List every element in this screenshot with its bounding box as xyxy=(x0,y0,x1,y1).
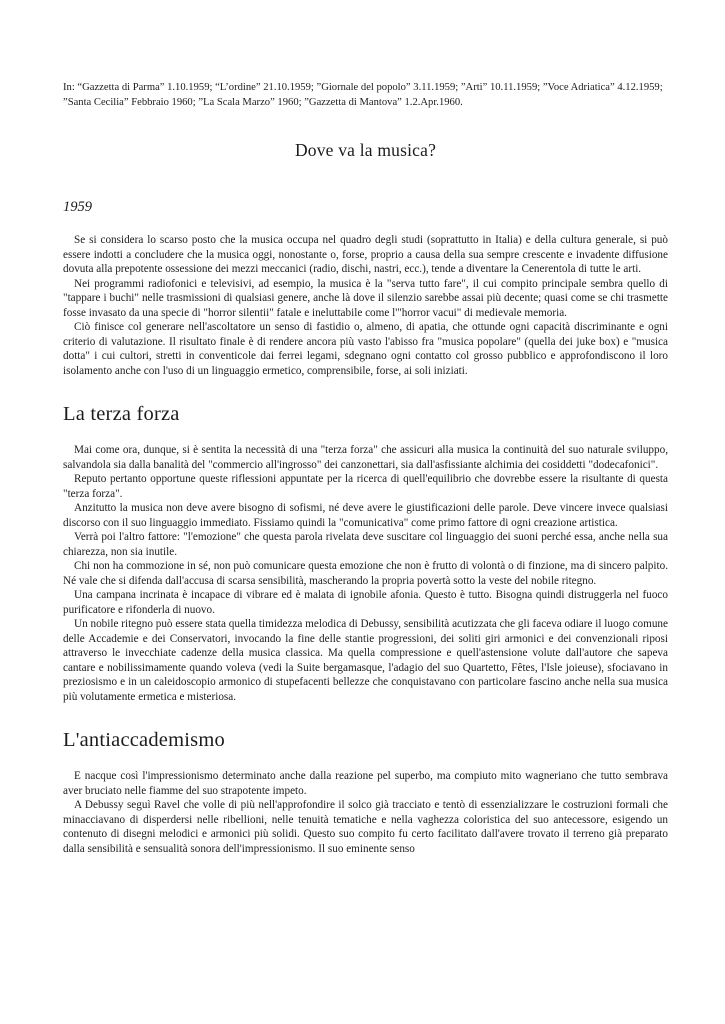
section-paragraph: A Debussy seguì Ravel che volle di più n… xyxy=(63,798,668,856)
section-heading-antiaccademismo: L'antiaccademismo xyxy=(63,729,668,752)
page-title: Dove va la musica? xyxy=(63,140,668,161)
document-page: In: “Gazzetta di Parma” 1.10.1959; “L’or… xyxy=(0,0,725,1024)
source-citation-line: In: “Gazzetta di Parma” 1.10.1959; “L’or… xyxy=(63,80,668,110)
section-heading-la-terza-forza: La terza forza xyxy=(63,403,668,426)
section-paragraph: Un nobile ritegno può essere stata quell… xyxy=(63,617,668,704)
intro-paragraph: Se si considera lo scarso posto che la m… xyxy=(63,233,668,277)
section-paragraph: Verrà poi l'altro fattore: "l'emozione" … xyxy=(63,530,668,559)
section-paragraph: Anzitutto la musica non deve avere bisog… xyxy=(63,501,668,530)
section-paragraph: E nacque così l'impressionismo determina… xyxy=(63,769,668,798)
document-body: Se si considera lo scarso posto che la m… xyxy=(63,233,668,856)
section-paragraph: Reputo pertanto opportune queste rifless… xyxy=(63,472,668,501)
intro-paragraph: Nei programmi radiofonici e televisivi, … xyxy=(63,277,668,321)
section-paragraph: Chi non ha commozione in sé, non può com… xyxy=(63,559,668,588)
section-paragraph: Mai come ora, dunque, si è sentita la ne… xyxy=(63,443,668,472)
intro-paragraph: Ciò finisce col generare nell'ascoltator… xyxy=(63,320,668,378)
section-paragraph: Una campana incrinata è incapace di vibr… xyxy=(63,588,668,617)
date-line: 1959 xyxy=(63,199,668,216)
